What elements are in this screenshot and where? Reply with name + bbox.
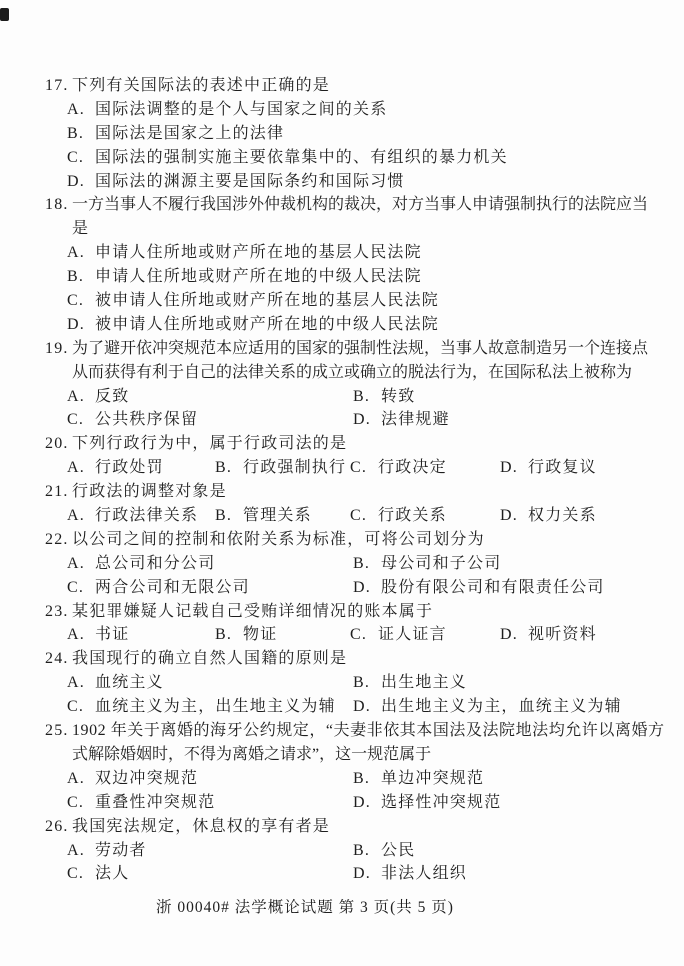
option: A.双边冲突规范 (67, 767, 353, 791)
option-text: 转致 (381, 385, 415, 409)
option-label: D. (353, 862, 381, 886)
option-text: 被申请人住所地或财产所在地的中级人民法院 (95, 313, 439, 337)
question-text: 下列有关国际法的表述中正确的是 (72, 74, 330, 98)
option-text: 管理关系 (243, 504, 312, 528)
page-footer-row: 浙 00040# 法学概论试题 第 3 页(共 5 页) (0, 896, 684, 920)
option-text: 行政复议 (528, 456, 597, 480)
option-label: B. (353, 552, 381, 576)
option: C.行政决定 (350, 456, 500, 480)
option-label: A. (67, 839, 95, 863)
option: C.重叠性冲突规范 (67, 791, 353, 815)
question-number: 19. (45, 337, 72, 361)
scan-artifact-mark (0, 8, 9, 21)
question-text: 一方当事人不履行我国涉外仲裁机构的裁决，对方当事人申请强制执行的法院应当 (72, 193, 648, 217)
option-label: C. (67, 146, 95, 170)
question-21: 21. 行政法的调整对象是 A.行政法律关系 B.管理关系 C.行政关系 D.权… (0, 480, 684, 528)
option-label: D. (353, 791, 381, 815)
option-text: 选择性冲突规范 (381, 791, 501, 815)
option-text: 双边冲突规范 (95, 767, 198, 791)
option-text: 股份有限公司和有限责任公司 (381, 576, 605, 600)
option-label: C. (67, 695, 95, 719)
option-label: A. (67, 241, 95, 265)
option: C.法人 (67, 862, 353, 886)
option: D.非法人组织 (353, 862, 467, 886)
question-number: 17. (45, 74, 72, 98)
question-number: 22. (45, 528, 72, 552)
option: C.证人证言 (350, 623, 500, 647)
option-text: 母公司和子公司 (381, 552, 501, 576)
option-text: 证人证言 (378, 623, 447, 647)
option: A.国际法调整的是个人与国家之间的关系 (67, 98, 387, 122)
question-24: 24. 我国现行的确立自然人国籍的原则是 A.血统主义 B.出生地主义 C.血统… (0, 647, 684, 719)
option-label: A. (67, 504, 95, 528)
question-text: 某犯罪嫌疑人记载自己受贿详细情况的账本属于 (72, 600, 433, 624)
option: B.单边冲突规范 (353, 767, 484, 791)
option-text: 申请人住所地或财产所在地的基层人民法院 (95, 241, 422, 265)
option-label: B. (215, 623, 243, 647)
option: B.母公司和子公司 (353, 552, 501, 576)
option-label: B. (67, 265, 95, 289)
option-label: C. (350, 504, 378, 528)
option: A.申请人住所地或财产所在地的基层人民法院 (67, 241, 422, 265)
option-label: A. (67, 671, 95, 695)
option-text: 非法人组织 (381, 862, 467, 886)
option: C.被申请人住所地或财产所在地的基层人民法院 (67, 289, 439, 313)
option-label: D. (353, 695, 381, 719)
question-text: 行政法的调整对象是 (72, 480, 227, 504)
option-label: C. (67, 576, 95, 600)
option: D.权力关系 (500, 504, 597, 528)
option: C.行政关系 (350, 504, 500, 528)
option-text: 法人 (95, 862, 129, 886)
question-text-continued: 从而获得有利于自己的法律关系的成立或确立的脱法行为，在国际私法上被称为 (0, 361, 684, 385)
question-19: 19. 为了避开依冲突规范本应适用的国家的强制性法规，当事人故意制造另一个连接点… (0, 337, 684, 433)
option: A.劳动者 (67, 839, 353, 863)
option: C.两合公司和无限公司 (67, 576, 353, 600)
option-label: A. (67, 385, 95, 409)
option-text: 公民 (381, 839, 415, 863)
option-text: 申请人住所地或财产所在地的中级人民法院 (95, 265, 422, 289)
question-number: 25. (45, 719, 72, 743)
option-label: C. (350, 623, 378, 647)
option-text: 国际法调整的是个人与国家之间的关系 (95, 98, 387, 122)
option-text: 两合公司和无限公司 (95, 576, 250, 600)
option-text: 血统主义 (95, 671, 164, 695)
option: A.书证 (67, 623, 215, 647)
option-text: 行政强制执行 (243, 456, 346, 480)
option-text: 国际法的渊源主要是国际条约和国际习惯 (95, 170, 405, 194)
question-18: 18. 一方当事人不履行我国涉外仲裁机构的裁决，对方当事人申请强制执行的法院应当… (0, 193, 684, 336)
option: D.被申请人住所地或财产所在地的中级人民法院 (67, 313, 439, 337)
option-text: 国际法是国家之上的法律 (95, 122, 284, 146)
question-number: 24. (45, 647, 72, 671)
option: A.血统主义 (67, 671, 353, 695)
option-label: D. (500, 456, 528, 480)
question-23: 23. 某犯罪嫌疑人记载自己受贿详细情况的账本属于 A.书证 B.物证 C.证人… (0, 600, 684, 648)
option: D.行政复议 (500, 456, 597, 480)
option-label: A. (67, 552, 95, 576)
option: B.出生地主义 (353, 671, 467, 695)
option: B.转致 (353, 385, 415, 409)
option-label: D. (67, 313, 95, 337)
option: D.选择性冲突规范 (353, 791, 501, 815)
option: D.法律规避 (353, 408, 450, 432)
option-label: D. (500, 623, 528, 647)
option-label: B. (353, 671, 381, 695)
option: B.管理关系 (215, 504, 350, 528)
option-label: A. (67, 456, 95, 480)
option-label: A. (67, 98, 95, 122)
question-text: 下列行政行为中，属于行政司法的是 (72, 432, 347, 456)
option: A.行政处罚 (67, 456, 215, 480)
option-text: 法律规避 (381, 408, 450, 432)
option: D.股份有限公司和有限责任公司 (353, 576, 605, 600)
option: A.总公司和分公司 (67, 552, 353, 576)
option-text: 行政关系 (378, 504, 447, 528)
option-label: C. (67, 791, 95, 815)
option-text: 被申请人住所地或财产所在地的基层人民法院 (95, 289, 439, 313)
option-text: 反致 (95, 385, 129, 409)
question-text: 为了避开依冲突规范本应适用的国家的强制性法规，当事人故意制造另一个连接点 (72, 337, 648, 361)
question-22: 22. 以公司之间的控制和依附关系为标准，可将公司划分为 A.总公司和分公司 B… (0, 528, 684, 600)
option-text: 总公司和分公司 (95, 552, 215, 576)
option-label: C. (67, 289, 95, 313)
option-label: D. (67, 170, 95, 194)
option: C.公共秩序保留 (67, 408, 353, 432)
question-17: 17. 下列有关国际法的表述中正确的是 A.国际法调整的是个人与国家之间的关系 … (0, 74, 684, 193)
option-label: A. (67, 767, 95, 791)
question-text: 1902 年关于离婚的海牙公约规定，“夫妻非依其本国法及法院地法均允许以离婚方 (72, 719, 665, 743)
option-label: B. (353, 839, 381, 863)
option-label: A. (67, 623, 95, 647)
option: D.视听资料 (500, 623, 597, 647)
option-text: 劳动者 (95, 839, 147, 863)
option-text: 出生地主义 (381, 671, 467, 695)
question-20: 20. 下列行政行为中，属于行政司法的是 A.行政处罚 B.行政强制执行 C.行… (0, 432, 684, 480)
option-text: 血统主义为主，出生地主义为辅 (95, 695, 336, 719)
option-label: B. (353, 385, 381, 409)
option-text: 物证 (243, 623, 277, 647)
option-label: B. (215, 504, 243, 528)
question-list: 17. 下列有关国际法的表述中正确的是 A.国际法调整的是个人与国家之间的关系 … (0, 74, 684, 886)
option-text: 出生地主义为主，血统主义为辅 (381, 695, 622, 719)
option-label: C. (67, 408, 95, 432)
option: A.反致 (67, 385, 353, 409)
option-text: 权力关系 (528, 504, 597, 528)
option-text: 行政处罚 (95, 456, 164, 480)
option: C.国际法的强制实施主要依靠集中的、有组织的暴力机关 (67, 146, 508, 170)
option-text: 单边冲突规范 (381, 767, 484, 791)
option: B.公民 (353, 839, 415, 863)
option-label: C. (350, 456, 378, 480)
question-number: 18. (45, 193, 72, 217)
option-text: 行政法律关系 (95, 504, 198, 528)
option: A.行政法律关系 (67, 504, 215, 528)
option-text: 行政决定 (378, 456, 447, 480)
question-text: 我国现行的确立自然人国籍的原则是 (72, 647, 347, 671)
option-text: 国际法的强制实施主要依靠集中的、有组织的暴力机关 (95, 146, 508, 170)
option-label: D. (500, 504, 528, 528)
question-26: 26. 我国宪法规定，休息权的享有者是 A.劳动者 B.公民 C.法人 D.非法… (0, 815, 684, 887)
exam-page: 17. 下列有关国际法的表述中正确的是 A.国际法调整的是个人与国家之间的关系 … (0, 0, 684, 966)
page-footer: 浙 00040# 法学概论试题 第 3 页(共 5 页) (156, 896, 454, 920)
option-label: B. (353, 767, 381, 791)
question-number: 21. (45, 480, 72, 504)
option-label: D. (353, 576, 381, 600)
option-label: B. (67, 122, 95, 146)
question-number: 23. (45, 600, 72, 624)
question-number: 26. (45, 815, 72, 839)
option-label: D. (353, 408, 381, 432)
question-text-continued: 是 (0, 217, 684, 241)
option: B.行政强制执行 (215, 456, 350, 480)
option-text: 公共秩序保留 (95, 408, 198, 432)
option-text: 重叠性冲突规范 (95, 791, 215, 815)
option-text: 书证 (95, 623, 129, 647)
question-text: 以公司之间的控制和依附关系为标准，可将公司划分为 (72, 528, 485, 552)
question-number: 20. (45, 432, 72, 456)
option-label: B. (215, 456, 243, 480)
option: C.血统主义为主，出生地主义为辅 (67, 695, 353, 719)
question-text: 我国宪法规定，休息权的享有者是 (72, 815, 330, 839)
option: D.出生地主义为主，血统主义为辅 (353, 695, 622, 719)
option: B.物证 (215, 623, 350, 647)
option-text: 视听资料 (528, 623, 597, 647)
option: B.申请人住所地或财产所在地的中级人民法院 (67, 265, 422, 289)
question-text-continued: 式解除婚姻时，不得为离婚之请求”，这一规范属于 (0, 743, 684, 767)
question-25: 25. 1902 年关于离婚的海牙公约规定，“夫妻非依其本国法及法院地法均允许以… (0, 719, 684, 815)
option: D.国际法的渊源主要是国际条约和国际习惯 (67, 170, 405, 194)
option-label: C. (67, 862, 95, 886)
option: B.国际法是国家之上的法律 (67, 122, 284, 146)
